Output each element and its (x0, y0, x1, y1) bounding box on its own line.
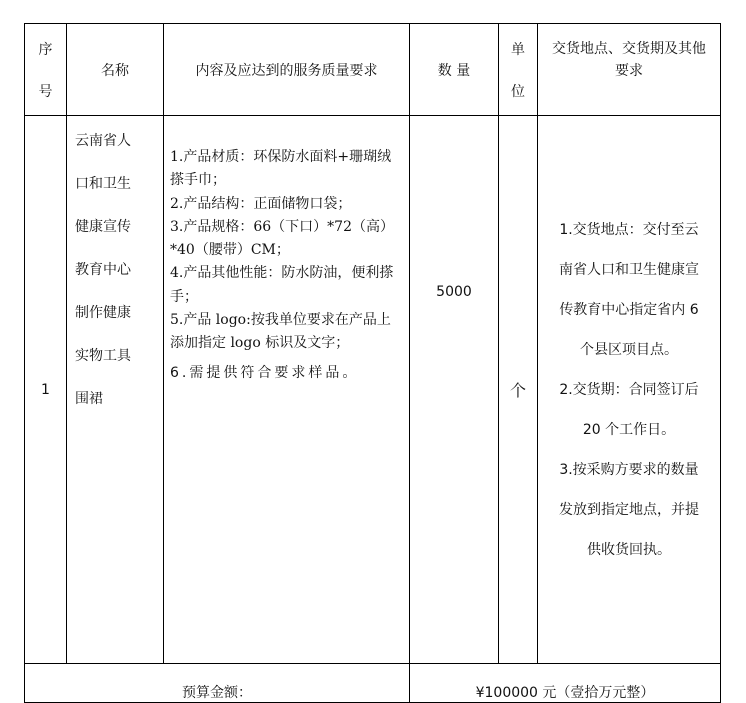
budget-row: 预算金额： ¥100000 元（壹拾万元整） (25, 664, 721, 703)
header-unit-line1: 单 (511, 39, 525, 59)
header-delivery: 交货地点、交货期及其他要求 (538, 24, 721, 116)
name-line: 教育中心 (75, 249, 163, 292)
header-seq-line2: 号 (39, 81, 53, 101)
name-line: 健康宣传 (75, 206, 163, 249)
budget-value: ¥100000 元（壹拾万元整） (410, 664, 721, 703)
content-line: 4.产品其他性能：防水防油，便利搽手； (170, 262, 403, 309)
delivery-line: 2.交货期：合同签订后 (542, 370, 716, 410)
name-line: 制作健康 (75, 292, 163, 335)
name-line: 实物工具 (75, 335, 163, 378)
table-row: 1 云南省人 口和卫生 健康宣传 教育中心 制作健康 实物工具 围裙 1.产品材… (25, 116, 721, 664)
header-quantity: 数 量 (410, 24, 499, 116)
delivery-line: 发放到指定地点，并提 (542, 490, 716, 530)
name-line: 围裙 (75, 378, 163, 421)
content-line: 2.产品结构：正面储物口袋； (170, 193, 403, 216)
delivery-line: 个县区项目点。 (542, 330, 716, 370)
header-seq-line1: 序 (39, 39, 53, 59)
header-content: 内容及应达到的服务质量要求 (164, 24, 410, 116)
delivery-line: 南省人口和卫生健康宣 (542, 250, 716, 290)
header-seq: 序 号 (25, 24, 67, 116)
header-name: 名称 (67, 24, 164, 116)
content-line: 6.需提供符合要求样品。 (170, 362, 403, 385)
name-line: 云南省人 (75, 120, 163, 163)
content-line: 3.产品规格：66（下口）*72（高）*40（腰带）CM； (170, 216, 403, 263)
content-line: 5.产品 logo:按我单位要求在产品上添加指定 logo 标识及文字； (170, 309, 403, 356)
cell-unit: 个 (499, 116, 538, 664)
cell-name: 云南省人 口和卫生 健康宣传 教育中心 制作健康 实物工具 围裙 (67, 116, 164, 664)
budget-label: 预算金额： (25, 664, 410, 703)
delivery-line: 3.按采购方要求的数量 (542, 450, 716, 490)
delivery-line: 传教育中心指定省内 6 (542, 290, 716, 330)
cell-content: 1.产品材质：环保防水面料+珊瑚绒搽手巾； 2.产品结构：正面储物口袋； 3.产… (164, 116, 410, 664)
cell-delivery: 1.交货地点：交付至云 南省人口和卫生健康宣 传教育中心指定省内 6 个县区项目… (538, 116, 721, 664)
header-unit-line2: 位 (511, 81, 525, 101)
cell-seq: 1 (25, 116, 67, 664)
content-line: 1.产品材质：环保防水面料+珊瑚绒搽手巾； (170, 146, 403, 193)
delivery-line: 20 个工作日。 (542, 410, 716, 450)
header-row: 序 号 名称 内容及应达到的服务质量要求 数 量 单 位 交货地点、交货期及其他… (25, 24, 721, 116)
delivery-line: 1.交货地点：交付至云 (542, 210, 716, 250)
cell-quantity: 5000 (410, 116, 499, 664)
delivery-line: 供收货回执。 (542, 530, 716, 570)
header-unit: 单 位 (499, 24, 538, 116)
procurement-table: 序 号 名称 内容及应达到的服务质量要求 数 量 单 位 交货地点、交货期及其他… (24, 23, 721, 703)
name-line: 口和卫生 (75, 163, 163, 206)
